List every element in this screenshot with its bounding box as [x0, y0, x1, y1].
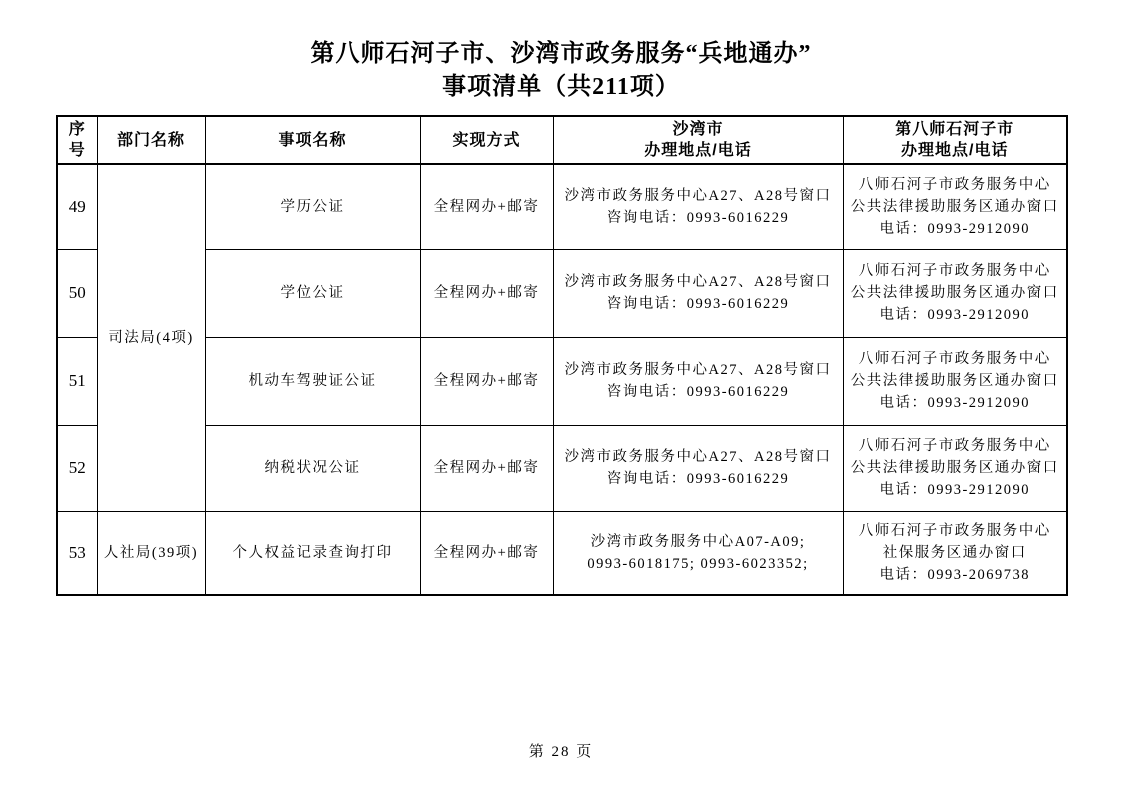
item-cell: 机动车驾驶证公证	[205, 337, 420, 425]
service-items-table: 序号 部门名称 事项名称 实现方式 沙湾市 办理地点/电话 第八师石河子市 办理…	[56, 115, 1068, 596]
method-cell: 全程网办+邮寄	[420, 425, 553, 511]
table-row: 53 人社局(39项) 个人权益记录查询打印 全程网办+邮寄 沙湾市政务服务中心…	[57, 511, 1067, 595]
seq-cell: 51	[57, 337, 97, 425]
col-header-item-name: 事项名称	[205, 116, 420, 164]
col-header-seq: 序号	[57, 116, 97, 164]
table-row: 52 纳税状况公证 全程网办+邮寄 沙湾市政务服务中心A27、A28号窗口 咨询…	[57, 425, 1067, 511]
shawan-office-cell: 沙湾市政务服务中心A27、A28号窗口 咨询电话：0993-6016229	[553, 425, 843, 511]
col-header-shihezi-office: 第八师石河子市 办理地点/电话	[843, 116, 1067, 164]
table-row: 49 司法局(4项) 学历公证 全程网办+邮寄 沙湾市政务服务中心A27、A28…	[57, 164, 1067, 249]
item-cell: 纳税状况公证	[205, 425, 420, 511]
shawan-office-cell: 沙湾市政务服务中心A07-A09; 0993-6018175; 0993-602…	[553, 511, 843, 595]
method-cell: 全程网办+邮寄	[420, 511, 553, 595]
shihezi-office-cell: 八师石河子市政务服务中心 社保服务区通办窗口 电话：0993-2069738	[843, 511, 1067, 595]
table-row: 50 学位公证 全程网办+邮寄 沙湾市政务服务中心A27、A28号窗口 咨询电话…	[57, 249, 1067, 337]
header-row: 序号 部门名称 事项名称 实现方式 沙湾市 办理地点/电话 第八师石河子市 办理…	[57, 116, 1067, 164]
shihezi-office-cell: 八师石河子市政务服务中心 公共法律援助服务区通办窗口 电话：0993-29120…	[843, 164, 1067, 249]
seq-cell: 53	[57, 511, 97, 595]
col-header-method: 实现方式	[420, 116, 553, 164]
dept-cell: 司法局(4项)	[97, 164, 205, 511]
shawan-office-cell: 沙湾市政务服务中心A27、A28号窗口 咨询电话：0993-6016229	[553, 337, 843, 425]
dept-cell: 人社局(39项)	[97, 511, 205, 595]
seq-cell: 50	[57, 249, 97, 337]
shihezi-office-cell: 八师石河子市政务服务中心 公共法律援助服务区通办窗口 电话：0993-29120…	[843, 249, 1067, 337]
shihezi-office-cell: 八师石河子市政务服务中心 公共法律援助服务区通办窗口 电话：0993-29120…	[843, 337, 1067, 425]
page-number: 第 28 页	[0, 740, 1122, 761]
shihezi-office-cell: 八师石河子市政务服务中心 公共法律援助服务区通办窗口 电话：0993-29120…	[843, 425, 1067, 511]
method-cell: 全程网办+邮寄	[420, 337, 553, 425]
col-header-shawan-office: 沙湾市 办理地点/电话	[553, 116, 843, 164]
page-title: 第八师石河子市、沙湾市政务服务“兵地通办” 事项清单（共211项）	[0, 38, 1122, 104]
shawan-office-cell: 沙湾市政务服务中心A27、A28号窗口 咨询电话：0993-6016229	[553, 164, 843, 249]
method-cell: 全程网办+邮寄	[420, 249, 553, 337]
item-cell: 学位公证	[205, 249, 420, 337]
method-cell: 全程网办+邮寄	[420, 164, 553, 249]
seq-cell: 52	[57, 425, 97, 511]
item-cell: 学历公证	[205, 164, 420, 249]
col-header-department: 部门名称	[97, 116, 205, 164]
table-row: 51 机动车驾驶证公证 全程网办+邮寄 沙湾市政务服务中心A27、A28号窗口 …	[57, 337, 1067, 425]
seq-cell: 49	[57, 164, 97, 249]
item-cell: 个人权益记录查询打印	[205, 511, 420, 595]
shawan-office-cell: 沙湾市政务服务中心A27、A28号窗口 咨询电话：0993-6016229	[553, 249, 843, 337]
